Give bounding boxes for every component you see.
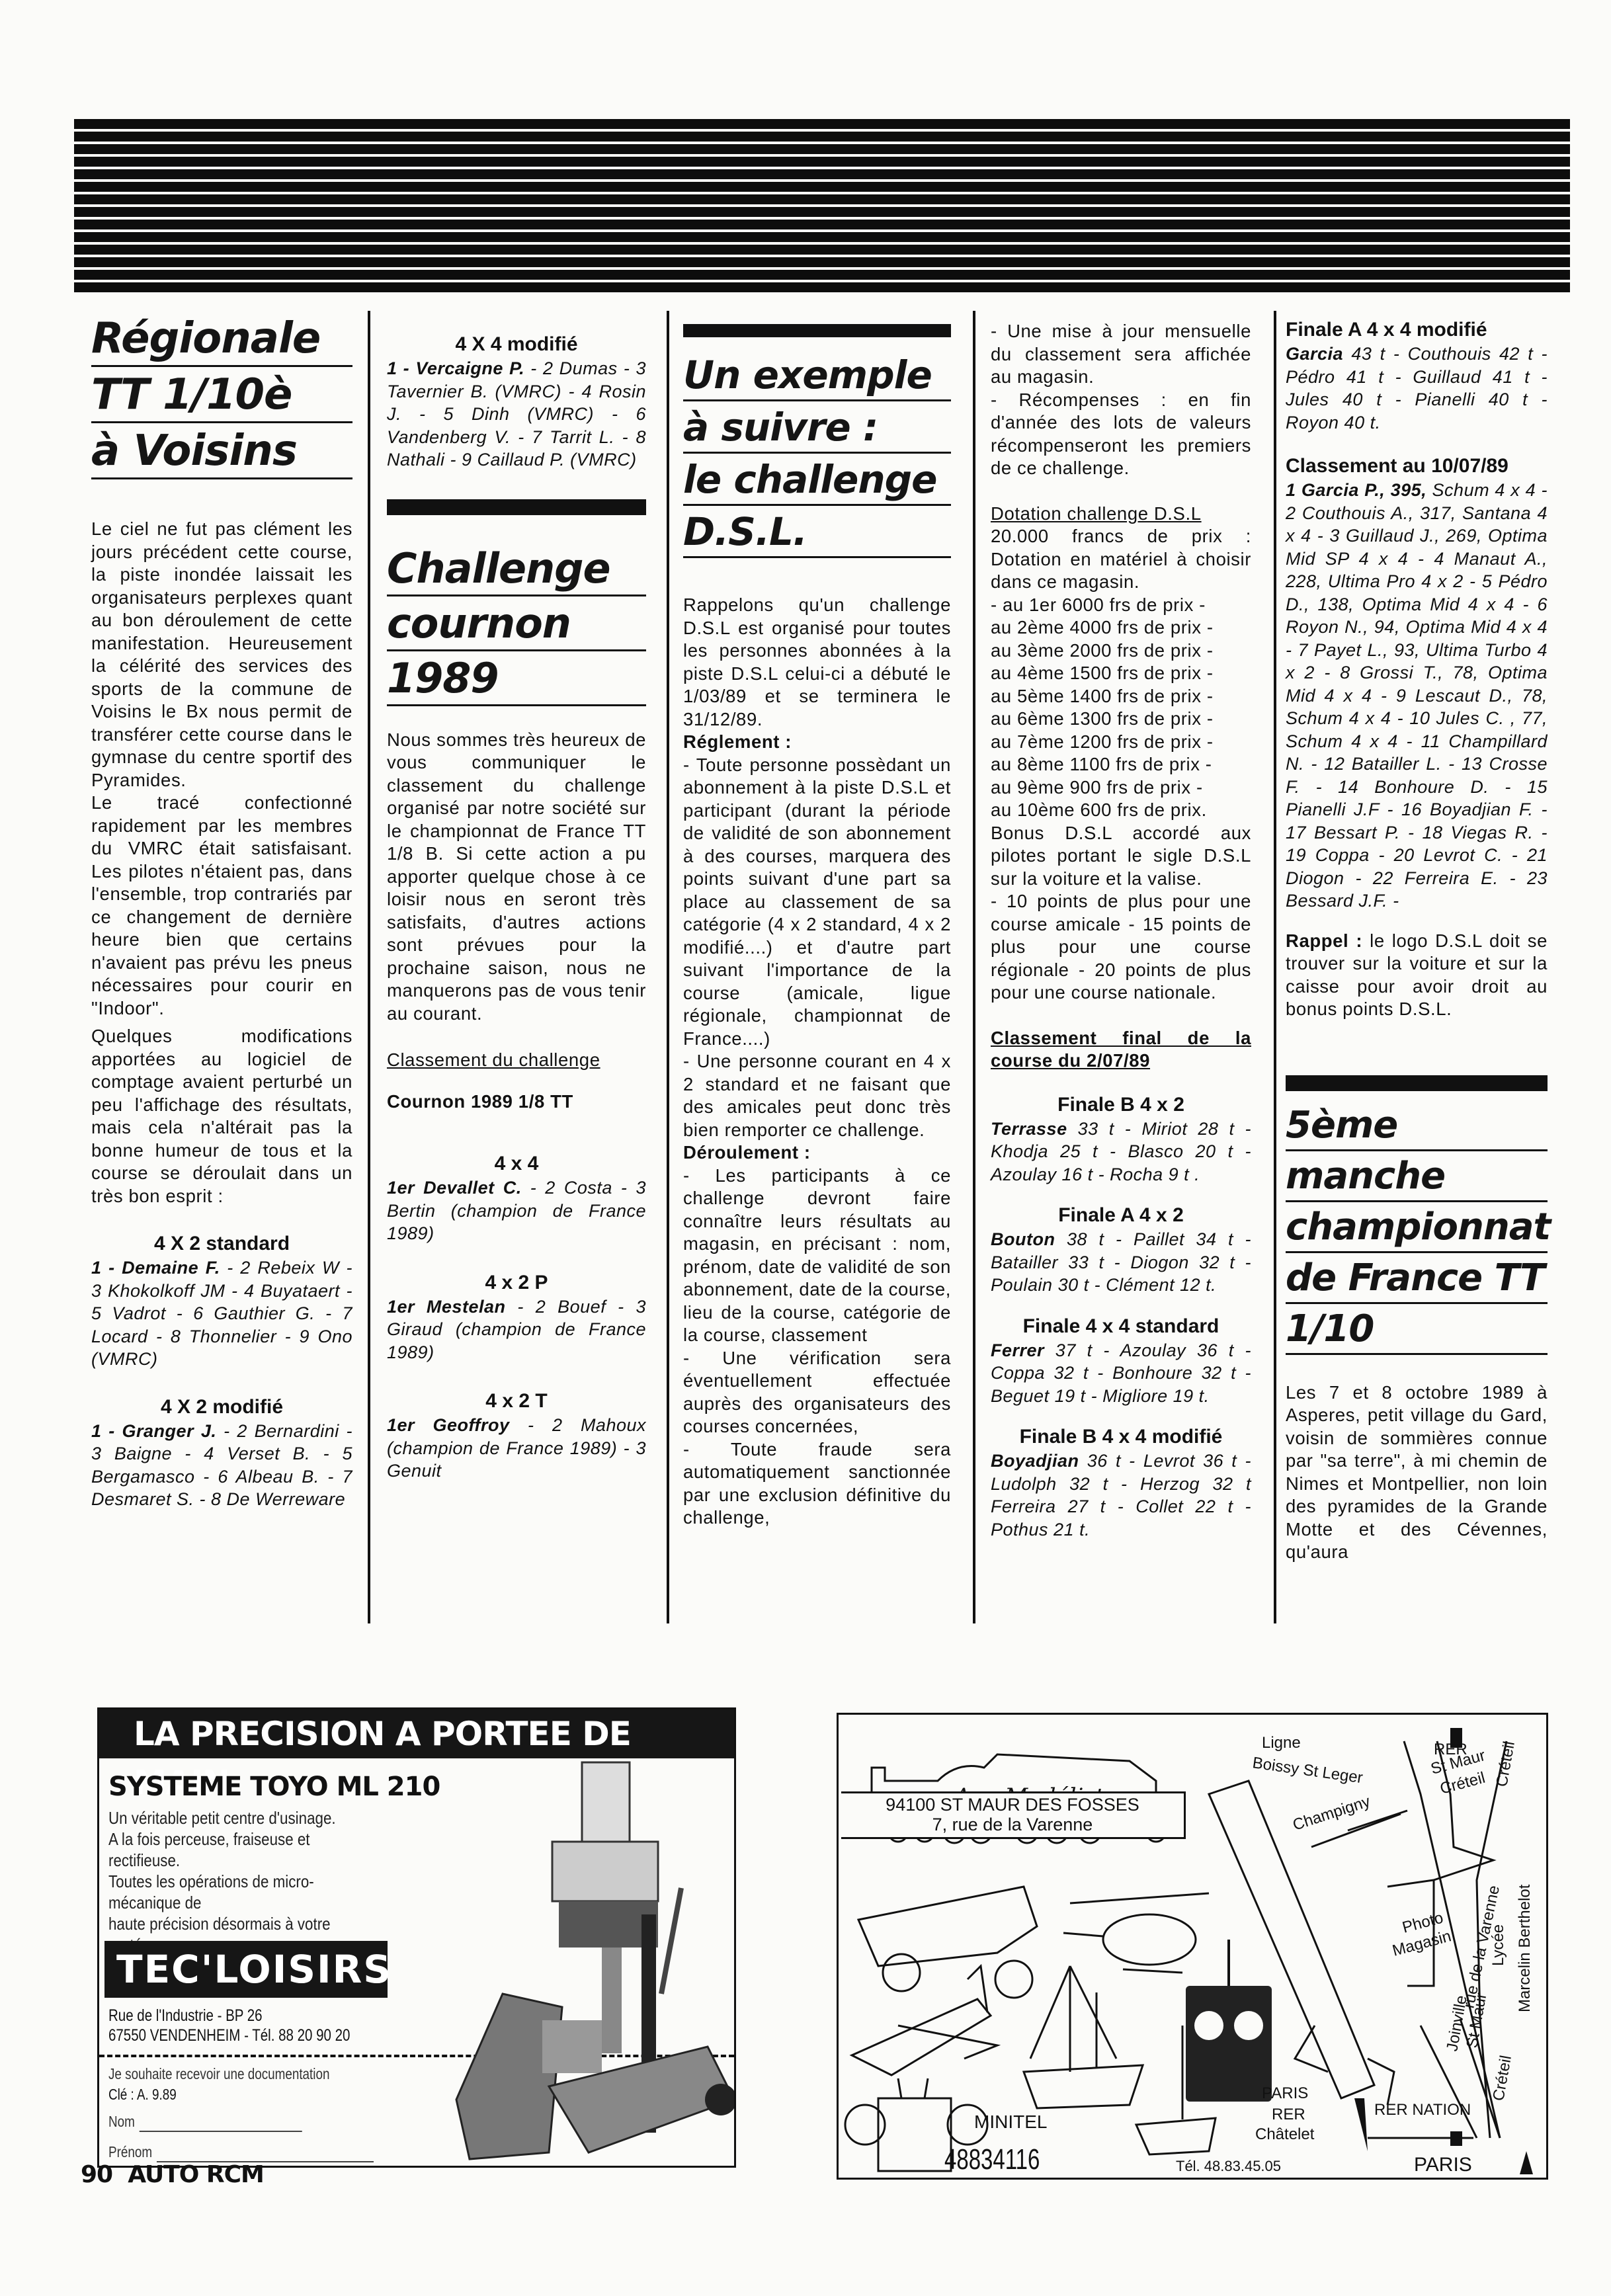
classement-title: Cournon 1989 1/8 TT <box>387 1090 646 1114</box>
paragraph: Bonus D.S.L accordé aux pilotes portant … <box>991 822 1251 891</box>
category-heading: 4 X 4 modifié <box>387 332 646 357</box>
address-line: Rue de l'Industrie - BP 26 <box>108 2006 412 2026</box>
paragraph: Nous sommes très heureux de vous communi… <box>387 729 646 1026</box>
category-heading: Finale 4 x 4 standard <box>991 1314 1251 1339</box>
minitel-number-text: 48834116 <box>944 2143 1040 2176</box>
map-label: RER <box>1272 2106 1305 2123</box>
rappel-note: Rappel : le logo D.S.L doit se trouver s… <box>1286 930 1548 1021</box>
result-list: Boyadjian 36 t - Levrot 36 t - Ludolph 3… <box>991 1450 1251 1541</box>
headline-line: à Voisins <box>91 430 352 479</box>
paragraph: Rappelons qu'un challenge D.S.L est orga… <box>683 594 951 731</box>
headline-line: 1989 <box>387 658 646 706</box>
result-list: 1er Devallet C. - 2 Costa - 3 Bertin (ch… <box>387 1176 646 1245</box>
section-label: Réglement : <box>683 731 951 754</box>
map-label: PARIS <box>1262 2084 1308 2102</box>
paragraph: Le ciel ne fut pas clément les jours pré… <box>91 518 352 792</box>
result-list: 1 - Vercaigne P. - 2 Dumas - 3 Tavernier… <box>387 357 646 471</box>
address-line: 67550 VENDENHEIM - Tél. 88 20 90 20 <box>108 2026 412 2045</box>
rappel-label: Rappel : <box>1286 930 1362 951</box>
article-body: - Une mise à jour mensuelle du classemen… <box>991 320 1251 1073</box>
prize-item: au 9ème 900 frs de prix - <box>991 776 1251 799</box>
result-list: Garcia 43 t - Couthouis 42 t - Pédro 41 … <box>1286 343 1548 434</box>
ad-line: Un véritable petit centre d'usinage. <box>108 1807 358 1828</box>
article-challenge-dsl: Un exemple à suivre : le challenge D.S.L… <box>683 311 951 1530</box>
ad-line: A la fois perceuse, fraiseuse et rectifi… <box>108 1828 358 1871</box>
prize-list: - au 1er 6000 frs de prix - au 2ème 4000… <box>991 594 1251 822</box>
headline-line: le challenge <box>683 460 951 506</box>
ad-address: Rue de l'Industrie - BP 26 67550 VENDENH… <box>108 2006 412 2045</box>
headline: Challenge cournon 1989 <box>387 548 646 706</box>
headline: 5ème manche championnat de France TT 1/1… <box>1286 1107 1548 1355</box>
paragraph: - Une personne courant en 4 x 2 standard… <box>683 1050 951 1141</box>
category-heading: 4 x 2 P <box>387 1270 646 1295</box>
result-list: 1er Mestelan - 2 Bouef - 3 Giraud (champ… <box>387 1295 646 1364</box>
section-bar <box>387 499 646 515</box>
map-label: Ligne <box>1262 1734 1301 1752</box>
headline-line: 5ème <box>1286 1107 1548 1151</box>
nom-field[interactable]: Nom <box>108 2111 434 2132</box>
winner: 1 - Demaine F. <box>91 1258 220 1278</box>
winner: Garcia <box>1286 344 1343 364</box>
paragraph: - Toute fraude sera automatiquement sanc… <box>683 1438 951 1530</box>
category-heading: Finale A 4 x 2 <box>991 1203 1251 1228</box>
prenom-field[interactable]: Prénom <box>108 2142 434 2162</box>
map-label: Châtelet <box>1255 2125 1315 2143</box>
page-footer: 90 AUTO RCM <box>81 2161 264 2188</box>
minitel-label: MINITEL <box>974 2111 1047 2132</box>
prize-item: au 6ème 1300 frs de prix - <box>991 708 1251 731</box>
milling-machine-illustration <box>443 1756 734 2166</box>
headline-line: D.S.L. <box>683 512 951 558</box>
result-list: 1 - Demaine F. - 2 Rebeix W - 3 Khokolko… <box>91 1256 352 1371</box>
article-challenge-dsl-continued: - Une mise à jour mensuelle du classemen… <box>991 311 1251 1541</box>
category-heading: Finale A 4 x 4 modifié <box>1286 317 1548 343</box>
prize-item: au 4ème 1500 frs de prix - <box>991 662 1251 685</box>
headline-line: de France TT <box>1286 1260 1548 1304</box>
result-list: 1er Geoffroy - 2 Mahoux (champion de Fra… <box>387 1414 646 1483</box>
winner: Boyadjian <box>991 1451 1079 1471</box>
phone-number: Tél. 48.83.45.05 <box>1176 2158 1281 2174</box>
paragraph: Quelques modifications apportées au logi… <box>91 1025 352 1208</box>
map-label: Créteil <box>1489 2054 1515 2102</box>
result-list: Terrasse 33 t - Miriot 28 t - Khodja 25 … <box>991 1118 1251 1186</box>
store-marker-icon <box>1450 2131 1462 2146</box>
shop-street: 7, rue de la Varenne <box>841 1815 1184 1834</box>
paragraph: - 10 points de plus pour une course amic… <box>991 890 1251 1004</box>
winner: Bouton <box>991 1229 1055 1249</box>
prize-item: au 10ème 600 frs de prix. <box>991 799 1251 822</box>
map-label: Boissy St Leger <box>1251 1754 1364 1787</box>
paragraph: Le tracé confectionné rapidement par les… <box>91 792 352 1020</box>
headline-line: championnat <box>1286 1209 1548 1253</box>
result-list: Bouton 38 t - Paillet 34 t - Batailler 3… <box>991 1228 1251 1297</box>
winner: Terrasse <box>991 1119 1067 1139</box>
column-divider <box>368 311 370 1623</box>
rc-car-icon <box>858 1887 1037 1998</box>
paragraph: - Toute personne possèdant un abonnement… <box>683 754 951 1051</box>
classement-heading: Classement du challenge <box>387 1049 646 1072</box>
article-body: Le ciel ne fut pas clément les jours pré… <box>91 518 352 1208</box>
winner: 1er Devallet C. <box>387 1178 522 1198</box>
result-rest: Schum 4 x 4 - 2 Couthouis A., 317, Santa… <box>1286 480 1548 911</box>
result-list: Ferrer 37 t - Azoulay 36 t - Coppa 32 t … <box>991 1339 1251 1408</box>
map-label: PARIS <box>1414 2154 1472 2176</box>
headline-line: Régionale <box>91 317 352 367</box>
column-divider <box>1274 311 1276 1623</box>
article-challenge-cournon: 4 X 4 modifié 1 - Vercaigne P. - 2 Dumas… <box>387 311 646 1483</box>
headline-line: Un exemple <box>683 356 951 401</box>
eiffel-tower-icon <box>1520 2151 1533 2174</box>
column-divider <box>667 311 669 1623</box>
section-bar <box>1286 1075 1548 1091</box>
category-heading: 4 X 2 standard <box>91 1231 352 1256</box>
category-heading: Finale B 4 x 2 <box>991 1092 1251 1118</box>
headline: Un exemple à suivre : le challenge D.S.L… <box>683 356 951 558</box>
winner: 1 - Vercaigne P. <box>387 358 524 378</box>
headline-line: Challenge <box>387 548 646 596</box>
radio-transmitter-icon <box>1186 1940 1272 2102</box>
ad-banner: LA PRECISION A PORTEE DE MAIN <box>99 1709 734 1758</box>
coupon-key: Clé : A. 9.89 <box>108 2084 434 2105</box>
coupon-intro: Je souhaite recevoir une documentation <box>108 2064 434 2084</box>
prize-item: au 2ème 4000 frs de prix - <box>991 616 1251 639</box>
shop-ad-illustration: Aux Modélistes <box>839 1715 1546 2178</box>
shop-address-box: 94100 ST MAUR DES FOSSES 7, rue de la Va… <box>841 1791 1186 1839</box>
prize-item: au 8ème 1100 frs de prix - <box>991 753 1251 776</box>
field-label: Prénom <box>108 2142 152 2162</box>
field-label: Nom <box>108 2111 135 2132</box>
standing-list: 1 Garcia P., 395, Schum 4 x 4 - 2 Coutho… <box>1286 479 1548 913</box>
standing-heading: Classement au 10/07/89 <box>1286 454 1548 479</box>
category-heading: 4 X 2 modifié <box>91 1395 352 1420</box>
map-label: Lycée <box>1489 1924 1507 1966</box>
advertisement-aux-modelistes: Aux Modélistes <box>837 1713 1548 2180</box>
prize-item: au 7ème 1200 frs de prix - <box>991 731 1251 754</box>
headline-line: TT 1/10è <box>91 374 352 423</box>
map-label: RER NATION <box>1374 2101 1471 2119</box>
prize-item: - au 1er 6000 frs de prix - <box>991 594 1251 617</box>
headline: Régionale TT 1/10è à Voisins <box>91 317 352 479</box>
paragraph: - Une vérification sera éventuellement e… <box>683 1347 951 1438</box>
paragraph: - Récompenses : en fin d'année des lots … <box>991 389 1251 480</box>
winner: 1er Mestelan <box>387 1297 505 1317</box>
section-label: Déroulement : <box>683 1141 951 1165</box>
headline-line: cournon <box>387 603 646 651</box>
map-label: Créteil <box>1493 1740 1518 1788</box>
prize-item: au 3ème 2000 frs de prix - <box>991 639 1251 663</box>
article-body: Rappelons qu'un challenge D.S.L est orga… <box>683 594 951 1530</box>
winner: 1 Garcia P., 395, <box>1286 480 1426 500</box>
brand-logo: TEC'LOISIRS <box>104 1941 388 1998</box>
rc-helicopter-icon <box>1063 1893 1209 1973</box>
paragraph: - Les participants à ce challenge devron… <box>683 1165 951 1347</box>
paragraph: Les 7 et 8 octobre 1989 à Asperes, petit… <box>1286 1381 1548 1564</box>
map-label: Marcelin Berthelot <box>1516 1884 1534 2012</box>
prize-item: au 5ème 1400 frs de prix - <box>991 685 1251 708</box>
winner: 1er Geoffroy <box>387 1415 510 1435</box>
ad-line: Toutes les opérations de micro-mécanique… <box>108 1871 358 1913</box>
section-bar <box>683 324 951 337</box>
column-divider <box>973 311 975 1623</box>
rc-plane-icon <box>852 1966 997 2075</box>
category-heading: 4 x 4 <box>387 1151 646 1176</box>
winner: Ferrer <box>991 1340 1044 1360</box>
coupon-form: Je souhaite recevoir une documentation C… <box>108 2064 434 2168</box>
article-column-right: Finale A 4 x 4 modifié Garcia 43 t - Cou… <box>1286 311 1548 1564</box>
result-list: 1 - Granger J. - 2 Bernardini - 3 Baigne… <box>91 1420 352 1511</box>
winner: 1 - Granger J. <box>91 1421 216 1441</box>
final-classement-heading: Classement final de la course du 2/07/89 <box>991 1027 1251 1073</box>
shop-city: 94100 ST MAUR DES FOSSES <box>841 1795 1184 1815</box>
category-heading: 4 x 2 T <box>387 1389 646 1414</box>
headline-line: 1/10 <box>1286 1311 1548 1355</box>
dotation-heading: Dotation challenge D.S.L <box>991 503 1251 526</box>
magazine-name: AUTO RCM <box>128 2161 264 2188</box>
paragraph: 20.000 francs de prix : Dotation en maté… <box>991 525 1251 594</box>
advertisement-tecloisirs: LA PRECISION A PORTEE DE MAIN SYSTEME TO… <box>97 1707 736 2168</box>
sailing-ship-icon <box>1024 1966 1143 2108</box>
category-heading: Finale B 4 x 4 modifié <box>991 1424 1251 1450</box>
header-stripe-banner <box>74 119 1570 292</box>
article-regionale-voisins: Régionale TT 1/10è à Voisins Le ciel ne … <box>91 311 352 1511</box>
paragraph: - Une mise à jour mensuelle du classemen… <box>991 320 1251 389</box>
page-number: 90 <box>81 2161 112 2188</box>
headline-line: à suivre : <box>683 408 951 454</box>
headline-line: manche <box>1286 1158 1548 1202</box>
